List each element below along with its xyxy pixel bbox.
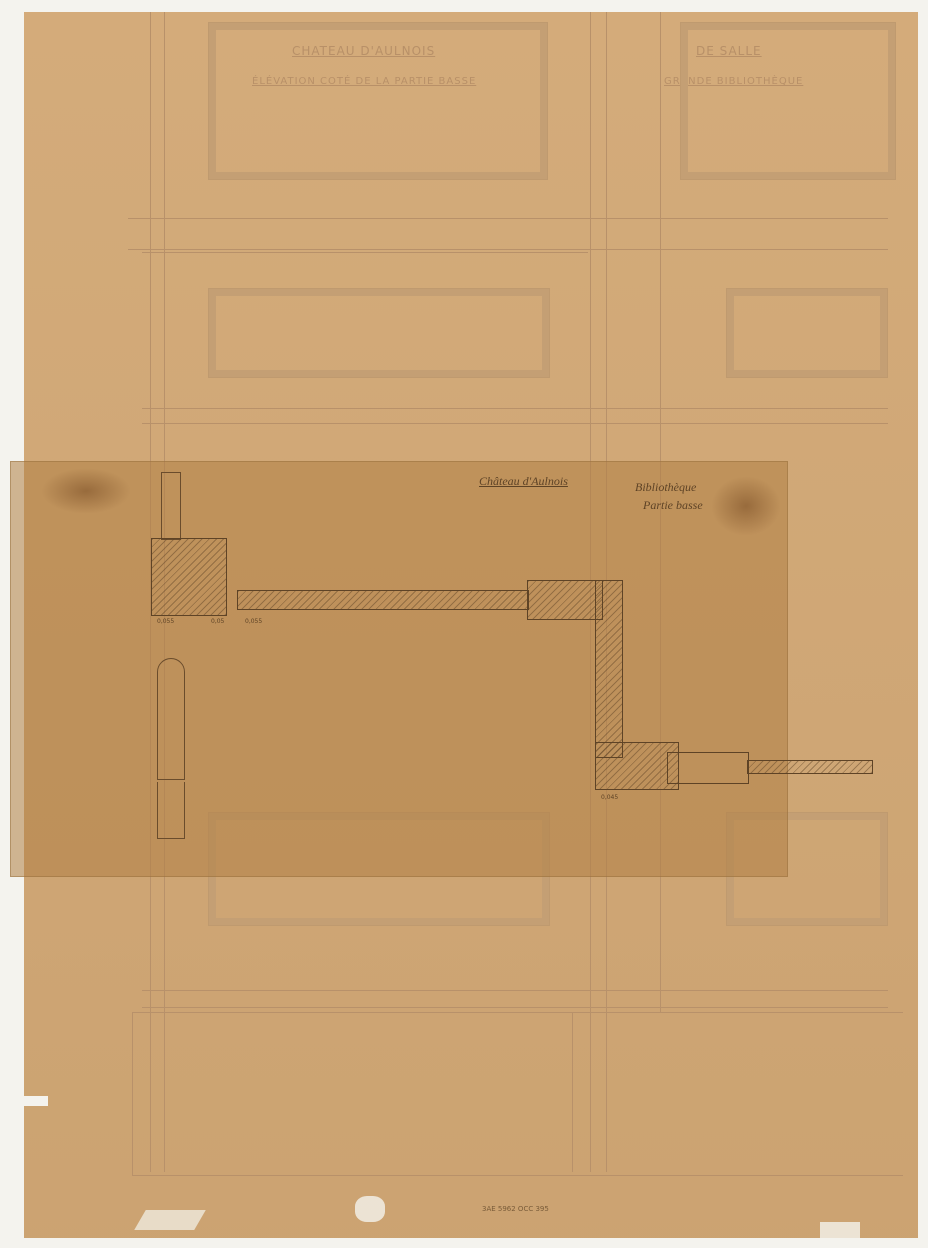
- dimension: 0,055: [245, 618, 262, 625]
- stain: [41, 468, 131, 514]
- section-extension: [747, 760, 873, 774]
- section-rail: [237, 590, 529, 610]
- dimension: 0,055: [157, 618, 174, 625]
- base-panel: [132, 1012, 903, 1176]
- section-rail-right: [667, 752, 749, 784]
- plinth: [142, 990, 888, 1008]
- overlay-label-left: Château d'Aulnois: [479, 474, 568, 489]
- tracing-overlay: Château d'Aulnois Bibliothèque Partie ba…: [10, 461, 788, 877]
- upper-panel-left: [208, 22, 548, 180]
- dimension: 0,045: [601, 794, 618, 801]
- section-corner-left: [151, 538, 227, 616]
- stain: [711, 476, 781, 536]
- overlay-label-right-2: Partie basse: [643, 498, 703, 513]
- section-joint: [527, 580, 603, 620]
- section-stile-right: [595, 580, 623, 758]
- moulding-arch: [157, 658, 185, 780]
- dimension: 0,05: [211, 618, 224, 625]
- profile-top-left: [161, 472, 181, 540]
- overlay-label-right-1: Bibliothèque: [635, 480, 696, 495]
- middle-panel-left: [208, 288, 550, 378]
- archive-mark: 3AE 5962 OCC 395: [482, 1205, 549, 1213]
- upper-panel-right: [680, 22, 896, 180]
- middle-panel-right: [726, 288, 888, 378]
- cornice-upper: [128, 218, 888, 250]
- cornice-middle: [142, 408, 888, 424]
